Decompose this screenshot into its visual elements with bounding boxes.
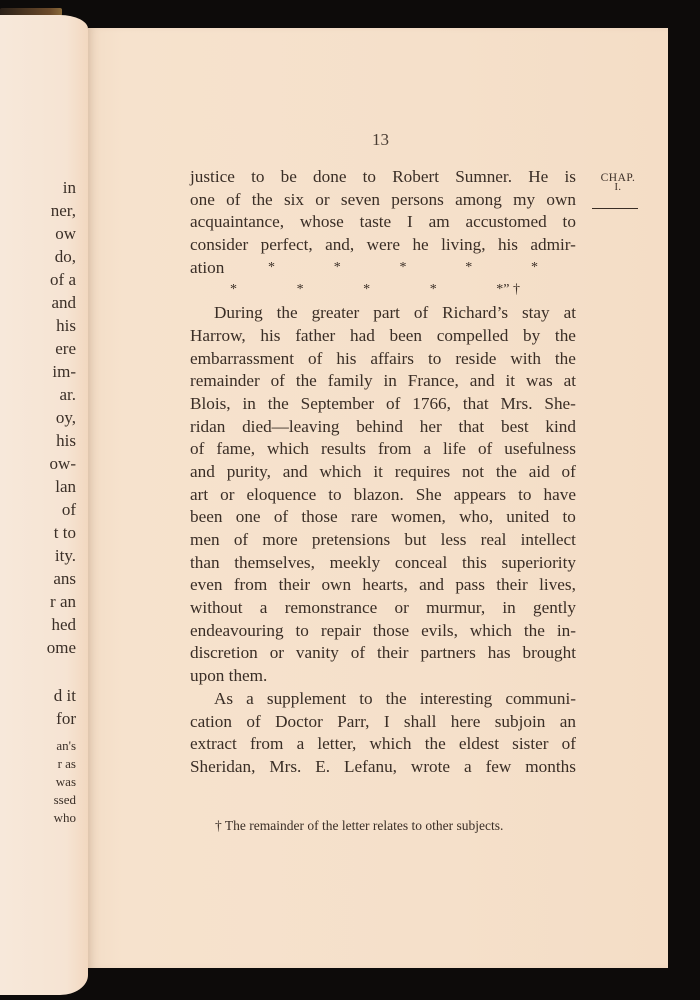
word: I [384,711,390,734]
word: here [451,711,481,734]
word: to [363,166,376,189]
text-line: beenoneofthoserarewomen,who,unitedto [190,506,576,529]
asterisk-line: *****” † [190,279,576,302]
paragraph-3: Asasupplementtotheinterestingcommuni-cat… [190,688,576,779]
word: than [190,552,220,575]
word: is [564,166,575,189]
left-page-fragment: and [51,293,76,313]
word: it [505,370,515,393]
asterisk: * [400,257,407,280]
body-text: justicetobedonetoRobertSumner.Heis oneof… [190,166,576,779]
word: died—leaving [242,416,339,439]
word: the [555,348,576,371]
word: the [277,302,298,325]
left-page-fragment: r an [50,592,76,612]
left-page-fragment: ome [47,638,76,658]
left-page: inner,owdo,of aandhisereim-ar.oy,hisow-l… [0,15,88,995]
word: persons [391,189,444,212]
asterisk: * [531,257,538,280]
word: those [301,506,337,529]
word: and [470,370,495,393]
word: Blois, [190,393,231,416]
asterisk: * [465,257,472,280]
word: taste [360,211,392,234]
word: seven [341,189,380,212]
word: art [190,484,208,507]
left-page-fragment: of a [50,270,76,290]
word: this [462,552,487,575]
word: compelled [437,325,509,348]
word: am [429,211,450,234]
word: letter, [317,733,356,756]
word: acquaintance, [190,211,284,234]
word: purity, [227,461,271,484]
word: not [462,461,484,484]
word: he [412,234,428,257]
word: Lefanu, [344,756,397,779]
left-page-footnote-fragment: r as [58,756,76,772]
text-line: acquaintance,whosetasteIamaccustomedto [190,211,576,234]
word: of [226,189,240,212]
asterisk: * [230,279,237,302]
word: who, [459,506,493,529]
asterisk: * [334,257,341,280]
word: the [425,733,446,756]
word: greater [312,302,360,325]
word: partners [420,642,475,665]
word: subjoin [495,711,546,734]
word: Harrow, [190,325,246,348]
word: to [328,484,341,507]
word: During [214,302,263,325]
left-page-fragment: ans [53,569,76,589]
word: at [564,370,576,393]
word: her [420,416,442,439]
word: real [481,529,507,552]
word: cation [190,711,232,734]
word: vanity [296,642,339,665]
word: his [498,234,518,257]
word: of [562,461,576,484]
text-line: ridandied—leavingbehindherthatbestkind [190,416,576,439]
word: a [260,597,268,620]
word: one [236,506,261,529]
word: months [525,756,576,779]
word: men [190,529,220,552]
word: themselves, [234,552,315,575]
word: of [246,711,260,734]
word: that [458,416,484,439]
word: have [544,484,576,507]
left-page-fragment: oy, [56,408,76,428]
word: whose [300,211,344,234]
left-page-footnote-fragment: an's [56,738,76,754]
word: life [443,438,466,461]
word: consider [190,234,248,257]
left-page-footnote-fragment: ssed [54,792,76,808]
word: were [367,234,400,257]
text-line: andpurity,andwhichitrequiresnottheaidof [190,461,576,484]
word: superiority [501,552,575,575]
word: shall [404,711,436,734]
word: remonstrance [285,597,378,620]
word: repair [321,620,361,643]
word: behind [356,416,403,439]
paragraph-1: justicetobedonetoRobertSumner.Heis oneof… [190,166,576,302]
word: interesting [420,688,493,711]
word: to [251,166,264,189]
left-page-fragment: do, [55,247,76,267]
word: which [470,620,512,643]
left-page-fragment: ar. [59,385,76,405]
word: best [501,416,529,439]
word: their [496,574,528,597]
word: to [563,506,576,529]
left-page-fragment: im- [52,362,76,382]
word: 1766, [412,393,451,416]
left-page-fragment: hed [51,615,76,635]
word: supplement [267,688,346,711]
footnote: † The remainder of the letter relates to… [215,818,503,834]
word-ation: ation [190,257,268,280]
word: father [295,325,335,348]
word: of [351,642,365,665]
word: admir- [530,234,575,257]
word: it [373,461,383,484]
word: remainder [190,370,260,393]
word: the [524,620,545,643]
word: of [386,393,400,416]
text-line: offame,whichresultsfromalifeofusefulness [190,438,576,461]
word: stay [522,302,550,325]
word: eldest [459,733,499,756]
text-line: cationofDoctorParr,Ishallheresubjoinan [190,711,576,734]
word: aid [529,461,550,484]
word: and, [325,234,354,257]
word: evils, [421,620,458,643]
word: to [563,211,576,234]
word: to [518,484,531,507]
word: even [190,574,222,597]
page-number: 13 [372,130,389,150]
word: E. [315,756,330,779]
word: the [496,461,517,484]
asterisk: * [268,257,275,280]
word: in [242,393,255,416]
word: accustomed [466,211,547,234]
text-line: Sheridan,Mrs.E.Lefanu,wroteafewmonths [190,756,576,779]
left-page-fragment: ow [55,224,76,244]
word: conceal [395,552,447,575]
word: of [271,370,285,393]
text-line: thanthemselves,meeklyconcealthissuperior… [190,552,576,575]
word: or [315,189,329,212]
word: of [562,733,576,756]
word: my [513,189,535,212]
word: murmur, [426,597,485,620]
word: their [377,642,409,665]
ellipsis-stars: ***** [268,257,538,280]
text-line: remainderofthefamilyinFrance,anditwasat [190,370,576,393]
ellipsis-stars: *****” † [230,279,520,302]
left-page-fragment: lan [55,477,76,497]
word: As [214,688,233,711]
text-line: extractfromaletter,whichtheeldestsistero… [190,733,576,756]
word: perfect, [261,234,313,257]
word: or [220,484,234,507]
word: the [386,688,407,711]
word: embarrassment [190,348,294,371]
word: to [296,620,309,643]
word: or [395,597,409,620]
word: their [279,574,311,597]
chapter-margin-note: CHAP. I. [592,172,644,193]
word: of [478,438,492,461]
word: one [190,189,215,212]
word: affairs [370,348,414,371]
word: which [319,461,361,484]
left-page-fragment: of [62,500,76,520]
word: the [296,370,317,393]
word: his [260,325,280,348]
word: pass [455,574,485,597]
word: own [546,189,576,212]
word: of [308,348,322,371]
word: eloquence [247,484,317,507]
word: those [373,620,409,643]
asterisk: * [363,279,370,302]
text-line: evenfromtheirownhearts,andpasstheirlives… [190,574,576,597]
word: Mrs. [269,756,301,779]
text-line: oneofthesixorsevenpersonsamongmyown [190,189,576,212]
word: few [486,756,512,779]
word: France, [408,370,459,393]
word: endeavouring [190,620,284,643]
word: in [384,370,397,393]
word: living, [441,234,485,257]
word: was [526,370,553,393]
word: brought [523,642,576,665]
text-line: upon them. [190,665,576,688]
word: by [523,325,540,348]
word: in- [557,620,576,643]
paragraph-2: DuringthegreaterpartofRichard’sstayatHar… [190,302,576,688]
word: Parr, [337,711,369,734]
left-page-fragment: d it [54,686,76,706]
word: united [506,506,549,529]
word: reside [455,348,496,371]
word: been [190,506,222,529]
text-line: menofmorepretensionsbutlessrealintellect [190,529,576,552]
word: and [419,574,444,597]
word: the [252,189,273,212]
chapter-number: I. [592,182,644,193]
word: less [441,529,467,552]
word: rare [351,506,378,529]
left-page-fragment: t to [54,523,76,543]
text-line: endeavouringtorepairthoseevils,whichthei… [190,620,576,643]
left-page-fragment: ner, [51,201,76,221]
word: the [555,325,576,348]
word: family [328,370,373,393]
word: September [301,393,375,416]
text-line: Harrow,hisfatherhadbeencompelledbythe [190,325,576,348]
word: which [370,733,412,756]
word: an [560,711,576,734]
word: a [464,756,472,779]
word: Sheridan, [190,756,255,779]
text-line: DuringthegreaterpartofRichard’sstayat [190,302,576,325]
word: requires [395,461,450,484]
word: intellect [521,529,576,552]
word: from [378,438,411,461]
text-line: Asasupplementtotheinterestingcommuni- [190,688,576,711]
word: or [270,642,284,665]
word: from [234,574,267,597]
word: to [359,688,372,711]
word: the [268,393,289,416]
word: of [414,302,428,325]
text-line: considerperfect,and,wereheliving,hisadmi… [190,234,576,257]
word: of [190,438,204,461]
left-page-fragment: his [56,431,76,451]
word: which [267,438,309,461]
word: and [190,461,215,484]
word: done [313,166,346,189]
word: his [336,348,356,371]
word: women, [391,506,446,529]
word: wrote [411,756,450,779]
word: ridan [190,416,225,439]
chapter-rule [592,208,638,209]
word: but [404,529,426,552]
asterisk: * [297,279,304,302]
word: extract [190,733,237,756]
left-page-fragment: ere [55,339,76,359]
word: has [488,642,511,665]
asterisk: *” † [496,279,520,302]
left-page-fragment: his [56,316,76,336]
left-page-fragment: in [63,178,76,198]
word: and [283,461,308,484]
word: at [564,302,576,325]
word: Mrs. [501,393,533,416]
text-line: discretionorvanityoftheirpartnershasbrou… [190,642,576,665]
word: six [284,189,304,212]
word: own [321,574,351,597]
word: a [246,688,254,711]
word: among [455,189,502,212]
left-page-fragment: for [56,709,76,729]
word: Robert [392,166,439,189]
word: Sumner. [455,166,512,189]
word: Richard’s [442,302,508,325]
text-line: withoutaremonstranceormurmur,ingently [190,597,576,620]
word: more [262,529,297,552]
asterisk-line: ation ***** [190,257,576,280]
left-page-footnote-fragment: was [56,774,76,790]
word: blazon. [354,484,404,507]
text-line: artoreloquencetoblazon.Sheappearstohave [190,484,576,507]
word: of [274,506,288,529]
word: a [297,733,305,756]
word: results [321,438,366,461]
word: discretion [190,642,258,665]
word: be [281,166,297,189]
word: lives, [539,574,576,597]
word: from [250,733,283,756]
word: hearts, [362,574,407,597]
word: Doctor [275,711,323,734]
word: appears [454,484,507,507]
word: communi- [505,688,576,711]
word: of [234,529,248,552]
word: She- [544,393,576,416]
word: He [528,166,548,189]
word: justice [190,166,235,189]
text-line: justicetobedonetoRobertSumner.Heis [190,166,576,189]
word: She [416,484,442,507]
left-page-footnote-fragment: who [54,810,76,826]
word: with [510,348,541,371]
word: in [502,597,515,620]
word: part [373,302,400,325]
word: usefulness [504,438,576,461]
text-line: Blois,intheSeptemberof1766,thatMrs.She- [190,393,576,416]
word: sister [512,733,548,756]
left-page-fragment: ity. [55,546,76,566]
word: had [350,325,375,348]
word: that [463,393,489,416]
word: I [407,211,413,234]
text-line: embarrassmentofhisaffairstoresidewiththe [190,348,576,371]
left-page-fragment: ow- [50,454,76,474]
word: to [428,348,441,371]
word: kind [545,416,576,439]
word: a [423,438,431,461]
word: meekly [330,552,381,575]
word: been [390,325,422,348]
word: pretensions [312,529,390,552]
word: without [190,597,243,620]
word: fame, [216,438,255,461]
asterisk: * [430,279,437,302]
word: gently [533,597,576,620]
